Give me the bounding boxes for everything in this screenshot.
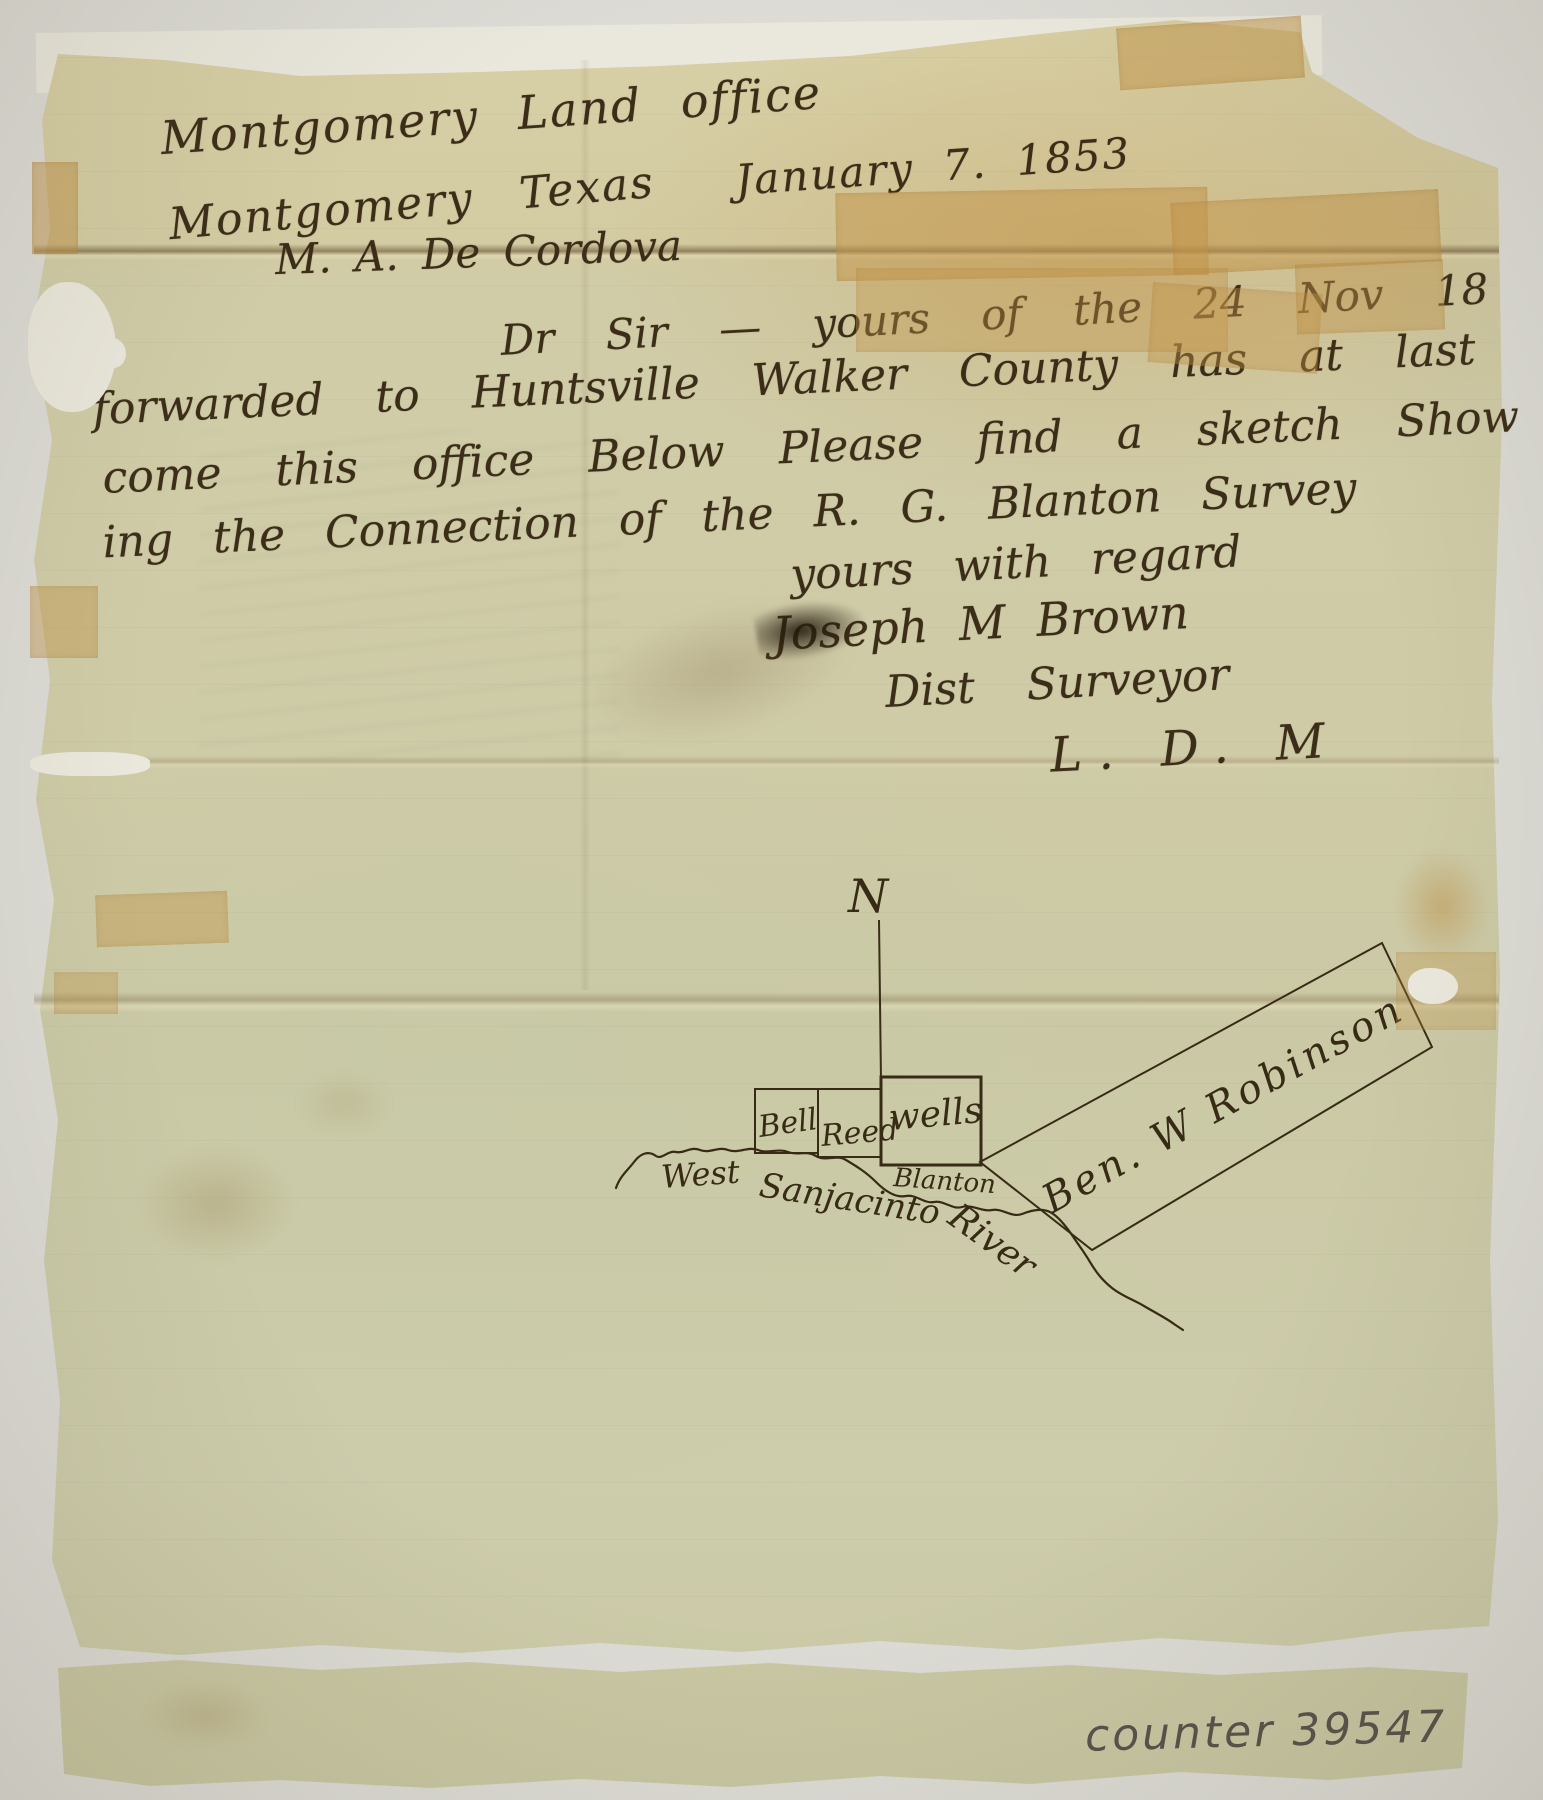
north-label: N [847,869,890,923]
robinson-tract-label: Ben. W Robinson [1034,985,1413,1223]
north-meridian-line [879,920,881,1082]
tape-patch [1116,16,1305,91]
torn-backing-patch [30,752,150,776]
survey-label-reed: Reed [819,1112,900,1154]
survey-label-wells: wells [887,1090,984,1139]
tape-patch [30,586,98,658]
photographed-document: Montgomery Land office Montgomery Texas … [0,0,1543,1800]
river-label-west: West [660,1153,741,1196]
torn-backing-patch [1408,968,1458,1004]
tape-patch [54,972,118,1014]
tape-patch [95,891,229,948]
tape-patch [1295,259,1445,334]
torn-backing-patch [100,338,126,368]
survey-label-bell: Bell [755,1102,819,1145]
tape-patch [32,162,78,254]
counter-annotation: counter 39547 [1084,1701,1447,1761]
